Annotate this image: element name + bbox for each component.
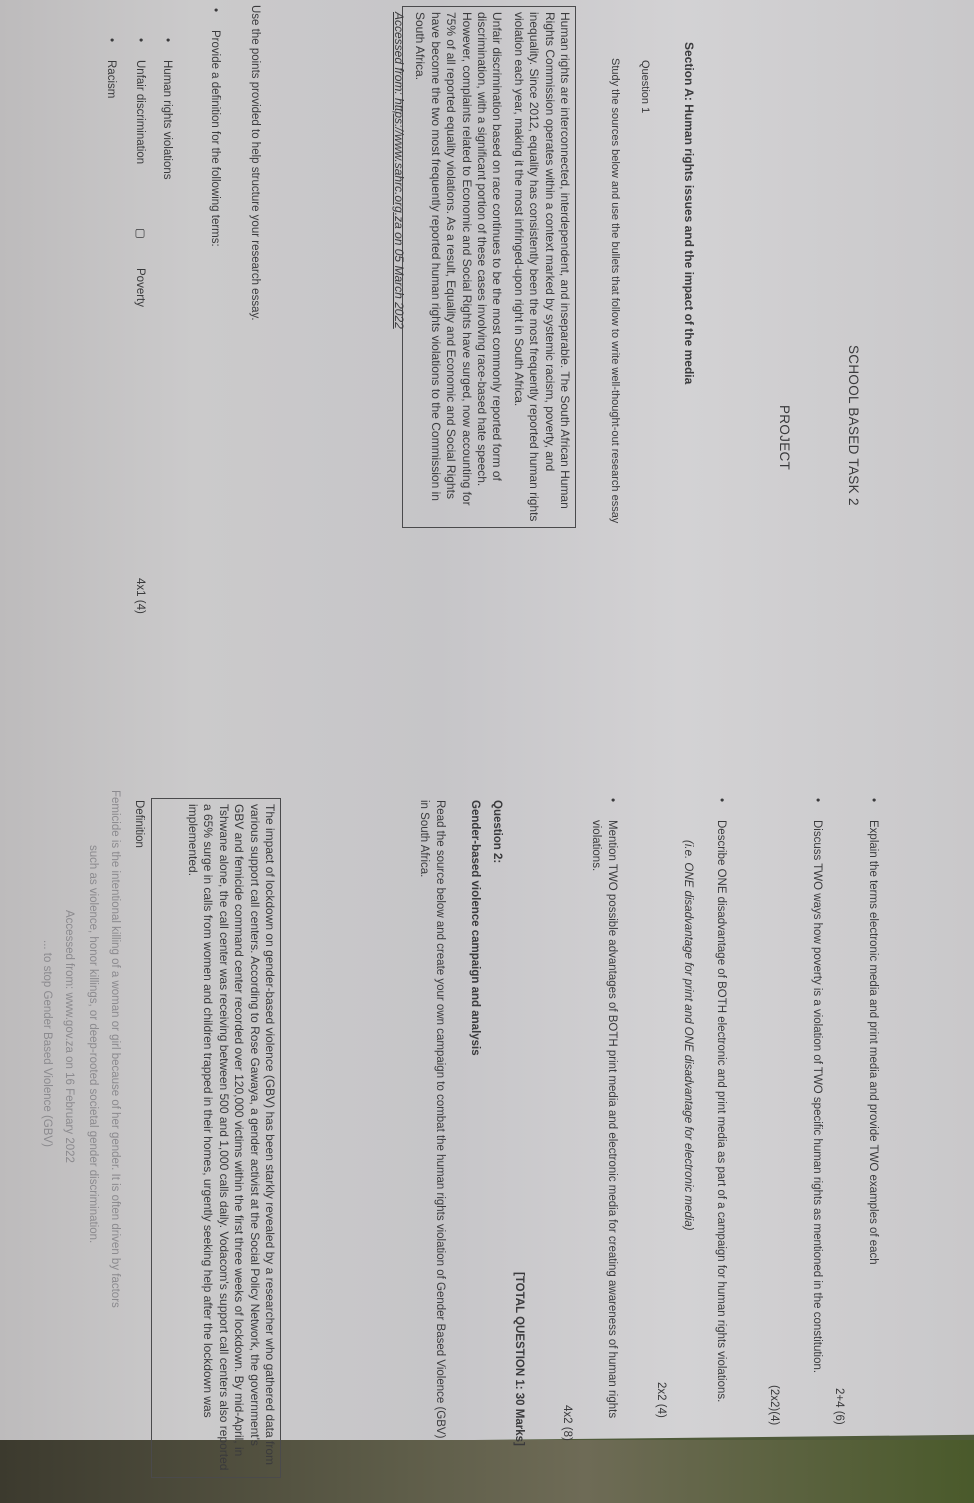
bullet-describe-disadvantage: Describe ONE disadvantage of BOTH electr… — [713, 820, 729, 1460]
marks-describe-disadvantage: 2x2 (4) — [653, 1382, 669, 1418]
bullet-text: Mention TWO possible advantages of BOTH … — [591, 820, 619, 1418]
source-citation: Accessed from: https://www.sahrc.org.za … — [391, 12, 406, 522]
checkbox-icon: ▢ — [132, 228, 148, 239]
bullet-discuss-poverty: Discuss TWO ways how poverty is a violat… — [809, 820, 825, 1440]
term-racism: Racism — [103, 60, 119, 98]
page-right-column: Explain the terms electronic media and p… — [0, 790, 974, 1503]
question-2-heading: Gender-based violence campaign and analy… — [467, 800, 483, 1056]
source-box-gbv: The impact of lockdown on gender-based v… — [151, 798, 281, 1478]
marks-discuss-poverty: (2x2)(4) — [766, 1385, 782, 1425]
question-2-label: Question 2: — [489, 800, 505, 863]
bullet-mention-advantages: Mention TWO possible advantages of BOTH … — [588, 820, 619, 1460]
bullet-text: Discuss TWO ways how poverty is a violat… — [811, 820, 823, 1373]
term-human-rights-violations: Human rights violations — [159, 60, 175, 180]
question-1-label: Question 1 — [637, 60, 653, 113]
document-title: SCHOOL BASED TASK 2 — [846, 345, 862, 506]
question-2-instruction: Read the source below and create your ow… — [416, 800, 447, 1440]
source-box-human-rights: Human rights are interconnected, interde… — [402, 6, 576, 528]
bullet-text: Explain the terms electronic media and p… — [867, 820, 879, 1265]
definition-line-4: ... to stop Gender Based Violence (GBV) — [39, 940, 55, 1147]
rotated-page: SCHOOL BASED TASK 2 PROJECT Section A: H… — [0, 0, 974, 1503]
term-unfair-discrimination: Unfair discrimination — [132, 60, 148, 164]
source-paragraph-2: Unfair discrimination based on race cont… — [412, 12, 504, 522]
definition-line-1: Femicide is the intentional killing of a… — [107, 790, 123, 1308]
definition-line-2: such as violence, honor killings, or dee… — [85, 845, 101, 1243]
marks-mention-advantages: 4x2 (8) — [559, 1405, 575, 1441]
marks-explain-media: 2+4 (6) — [831, 1388, 847, 1425]
source-paragraph-1: Human rights are interconnected, interde… — [510, 12, 572, 522]
question-1-instruction: Study the sources below and use the bull… — [607, 58, 623, 658]
definition-citation: Accessed from: www.gov.za on 16 February… — [61, 910, 77, 1163]
bullet-text: Describe ONE disadvantage of BOTH electr… — [715, 820, 727, 1402]
points-intro: Use the points provided to help structur… — [247, 5, 263, 321]
disadvantage-note: (i.e. ONE disadvantage for print and ONE… — [680, 840, 696, 1231]
terms-marks: 4x1 (4) — [132, 578, 148, 614]
bullet-provide-definition: Provide a definition for the following t… — [207, 30, 223, 247]
total-question-1: [TOTAL QUESTION 1: 30 Marks] — [511, 1272, 527, 1446]
term-poverty: Poverty — [132, 268, 148, 307]
section-a-heading: Section A: Human rights issues and the i… — [681, 42, 697, 384]
document-subtitle: PROJECT — [777, 405, 793, 470]
page-left-column: SCHOOL BASED TASK 2 PROJECT Section A: H… — [0, 0, 974, 760]
definition-label: Definition — [131, 800, 147, 848]
bullet-explain-media: Explain the terms electronic media and p… — [865, 820, 881, 1440]
